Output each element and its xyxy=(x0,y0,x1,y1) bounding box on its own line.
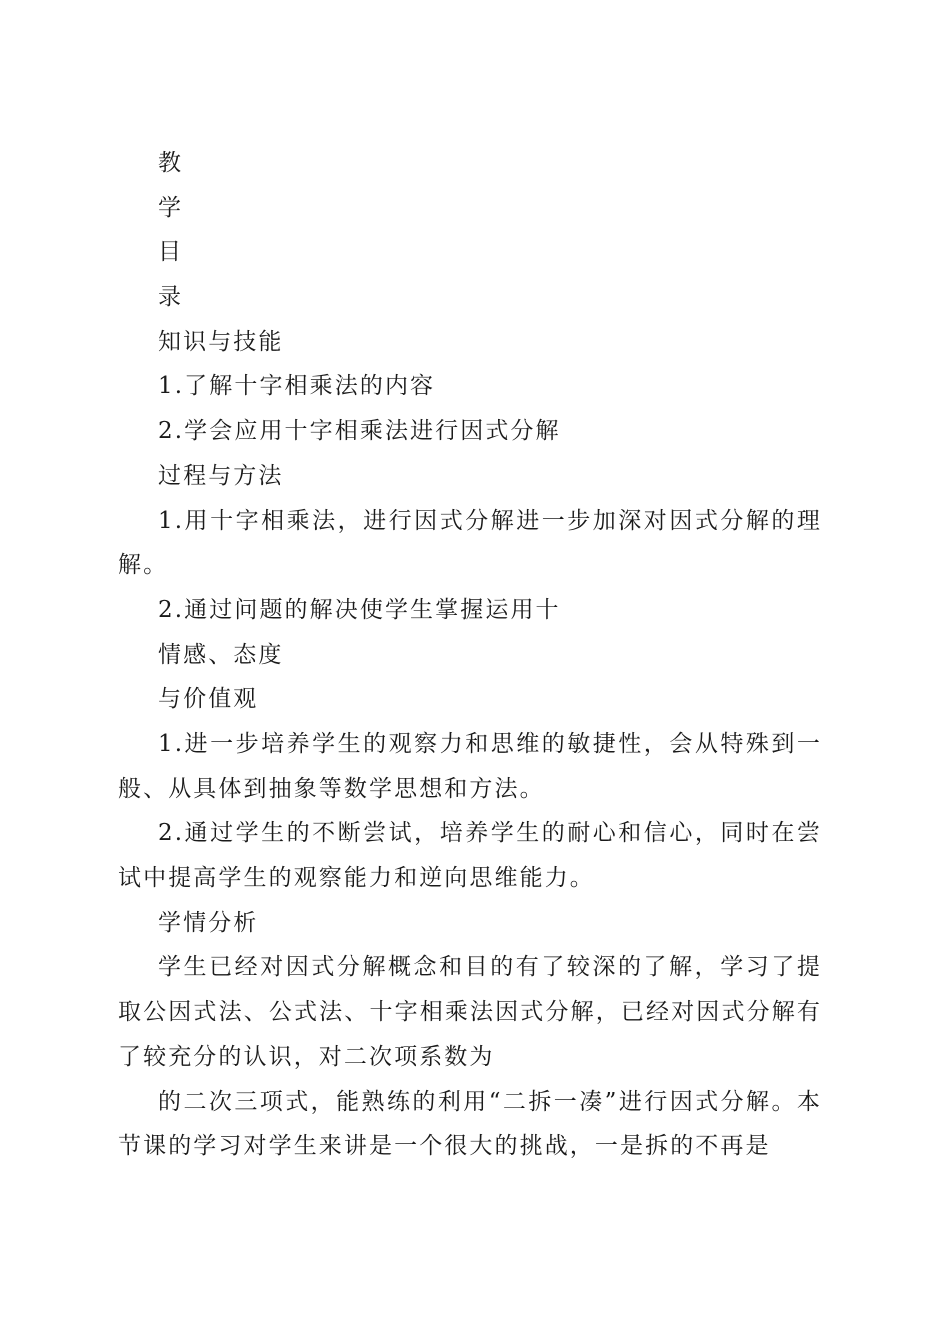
attitude-item-1: 1.进一步培养学生的观察力和思维的敏捷性，会从特殊到一般、从具体到抽象等数学思想… xyxy=(118,722,822,811)
title-char-4: 录 xyxy=(118,275,822,320)
knowledge-item-2: 2.学会应用十字相乘法进行因式分解 xyxy=(118,409,822,454)
section-heading-knowledge: 知识与技能 xyxy=(118,320,822,365)
title-char-3: 目 xyxy=(118,230,822,275)
attitude-item-2: 2.通过学生的不断尝试，培养学生的耐心和信心，同时在尝试中提高学生的观察能力和逆… xyxy=(118,811,822,900)
section-heading-process: 过程与方法 xyxy=(118,454,822,499)
process-item-1: 1.用十字相乘法，进行因式分解进一步加深对因式分解的理解。 xyxy=(118,499,822,588)
process-item-2: 2.通过问题的解决使学生掌握运用十 xyxy=(118,588,822,633)
analysis-paragraph-1: 学生已经对因式分解概念和目的有了较深的了解，学习了提取公因式法、公式法、十字相乘… xyxy=(118,945,822,1079)
document-page: 教 学 目 录 知识与技能 1.了解十字相乘法的内容 2.学会应用十字相乘法进行… xyxy=(118,141,822,1169)
section-heading-attitude-line-2: 与价值观 xyxy=(118,677,822,722)
analysis-paragraph-2: 的二次三项式，能熟练的利用“二拆一凑”进行因式分解。本节课的学习对学生来讲是一个… xyxy=(118,1080,822,1169)
section-heading-attitude-line-1: 情感、态度 xyxy=(118,633,822,678)
section-heading-analysis: 学情分析 xyxy=(118,901,822,946)
knowledge-item-1: 1.了解十字相乘法的内容 xyxy=(118,364,822,409)
title-char-1: 教 xyxy=(118,141,822,186)
title-char-2: 学 xyxy=(118,186,822,231)
